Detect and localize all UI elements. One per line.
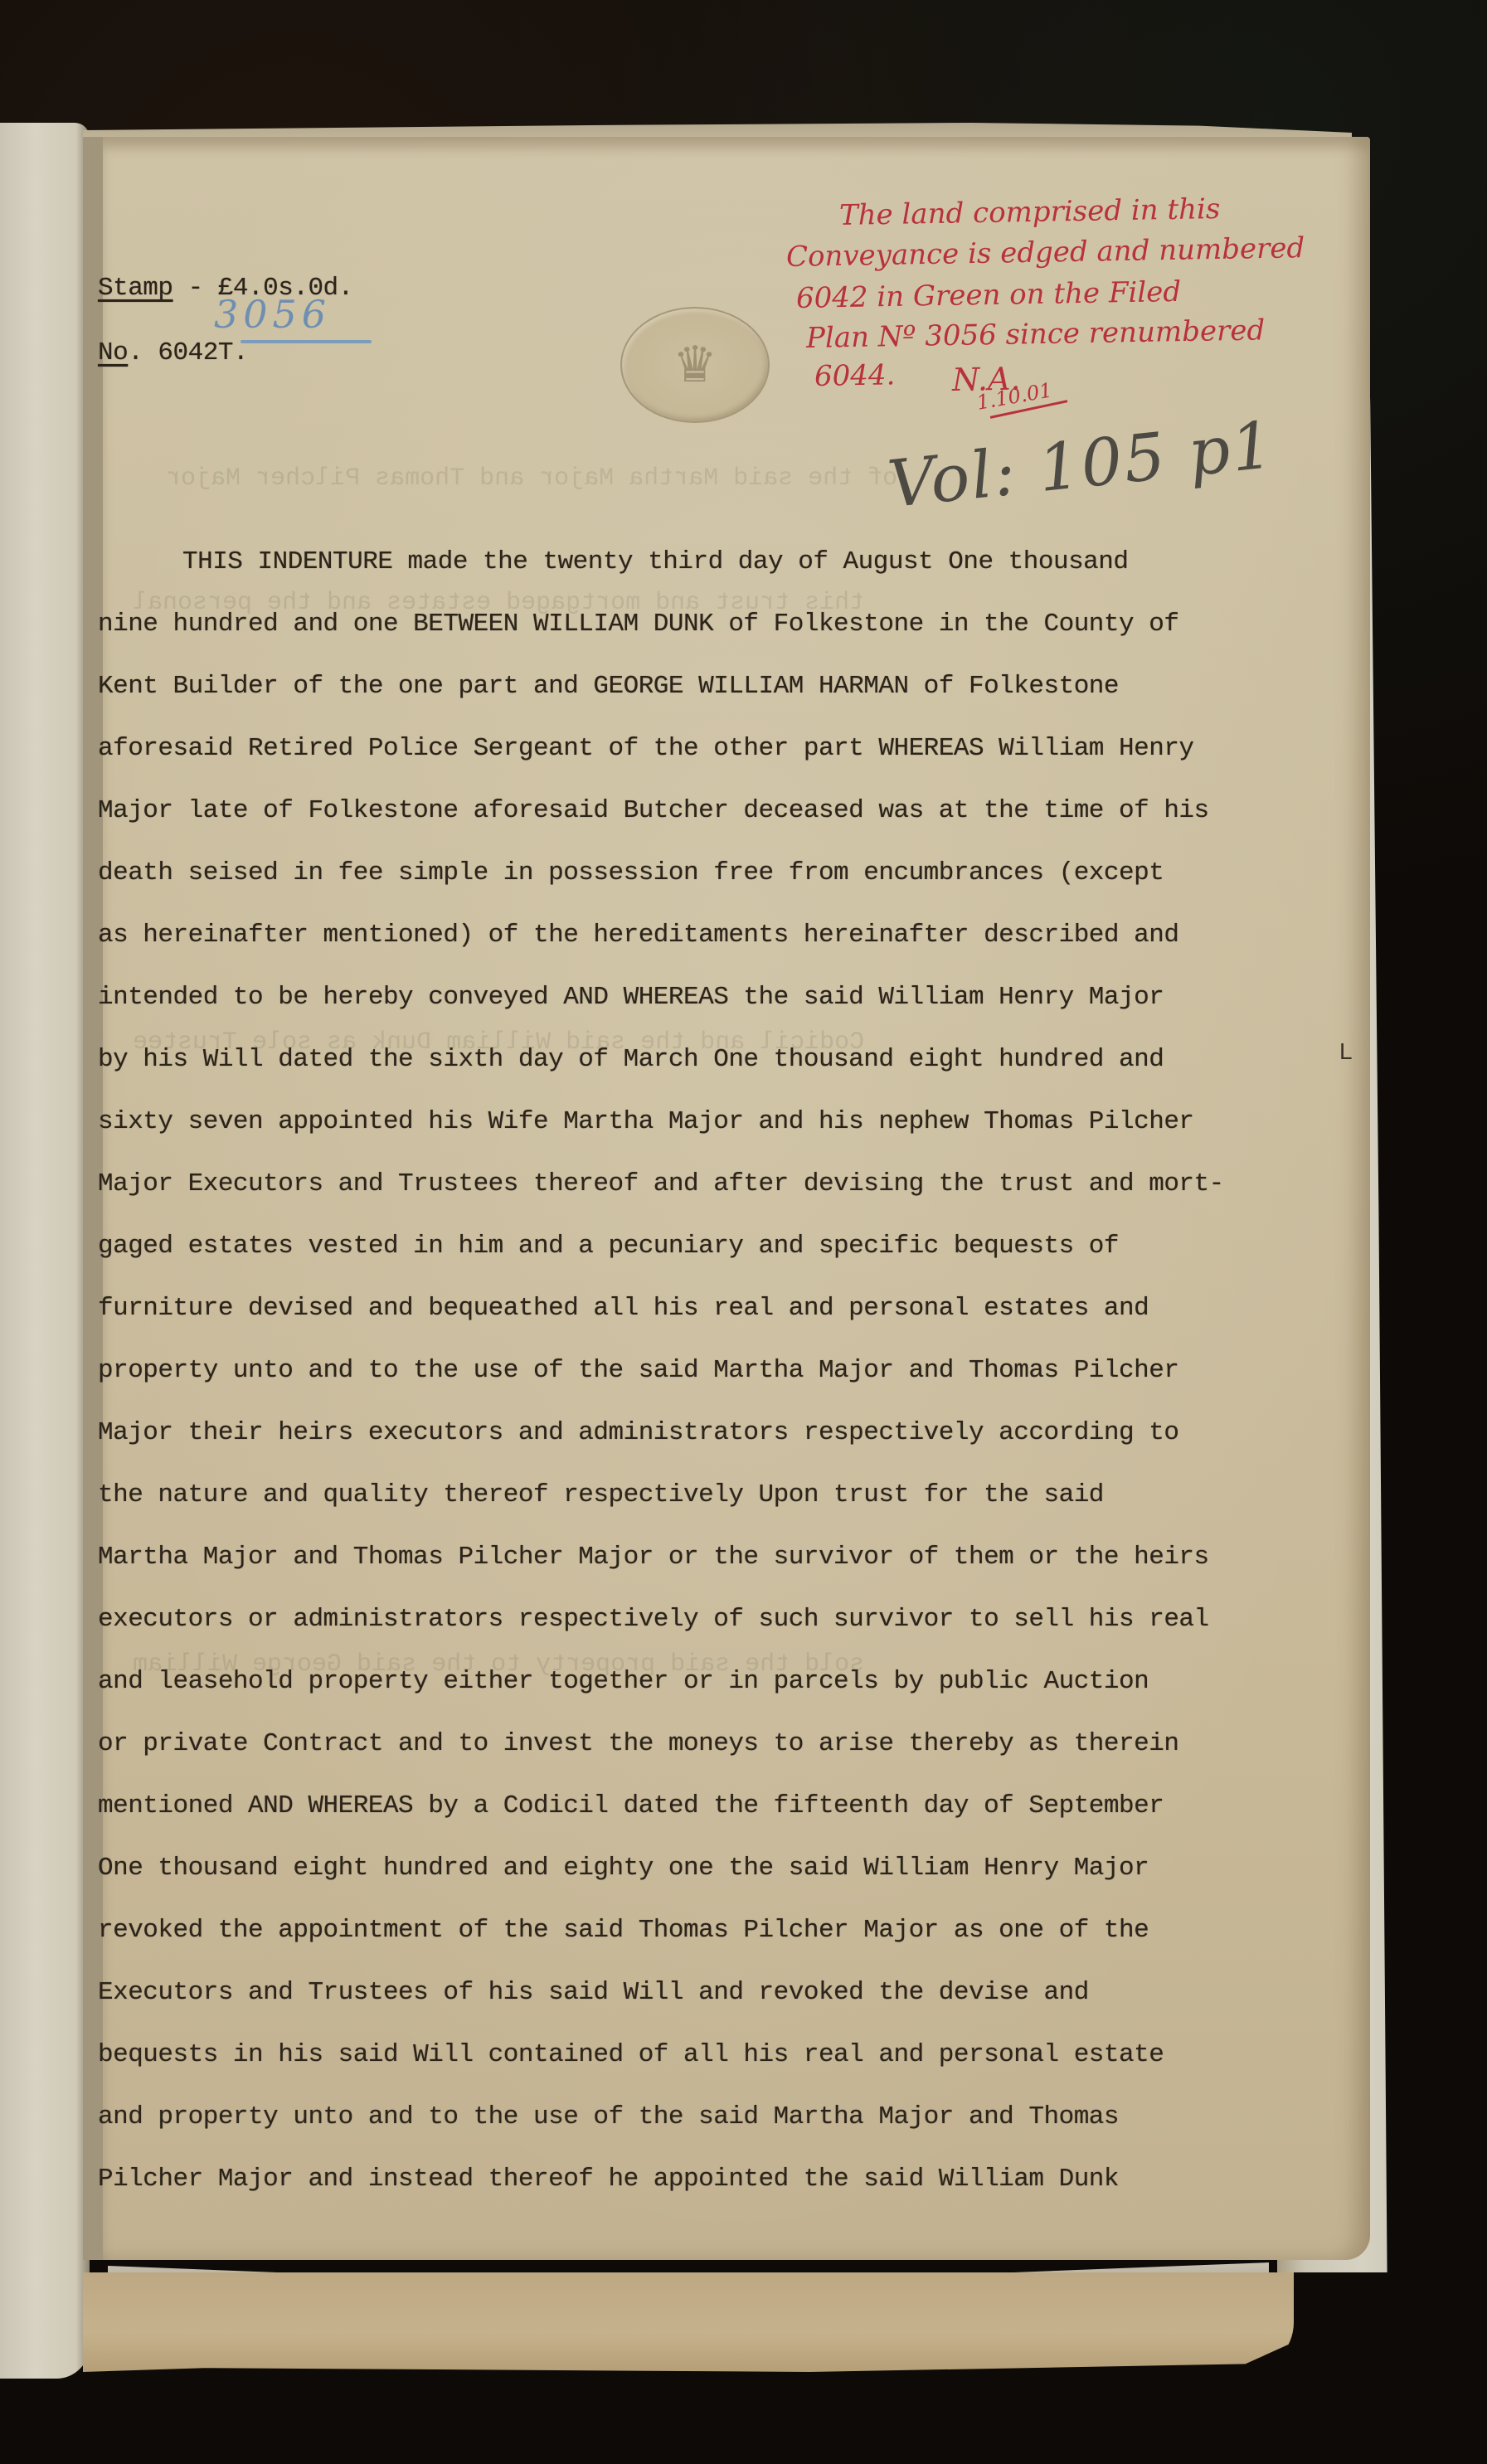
embossed-seal: ♛ xyxy=(620,307,770,423)
number-label: No xyxy=(98,338,128,367)
body-line: executors or administrators respectively… xyxy=(98,1605,1209,1634)
margin-mark: L xyxy=(1339,1038,1353,1065)
body-line: death seised in fee simple in possession… xyxy=(98,858,1164,887)
coat-of-arms-icon: ♛ xyxy=(673,336,717,394)
stamp-label: Stamp xyxy=(98,274,173,303)
red-note-line: 6044. xyxy=(814,358,896,393)
body-line: the nature and quality thereof respectiv… xyxy=(98,1480,1104,1509)
body-line: Major their heirs executors and administ… xyxy=(98,1418,1178,1447)
body-line: revoked the appointment of the said Thom… xyxy=(98,1916,1149,1945)
body-line: property unto and to the use of the said… xyxy=(98,1356,1178,1385)
body-line: intended to be hereby conveyed AND WHERE… xyxy=(98,983,1164,1012)
body-line: Martha Major and Thomas Pilcher Major or… xyxy=(98,1543,1209,1572)
body-line: One thousand eight hundred and eighty on… xyxy=(98,1854,1149,1883)
body-line: sixty seven appointed his Wife Martha Ma… xyxy=(98,1107,1194,1136)
body-line: Kent Builder of the one part and GEORGE … xyxy=(98,672,1119,701)
blue-pencil-underline xyxy=(241,340,372,343)
body-line: Pilcher Major and instead thereof he app… xyxy=(98,2165,1119,2194)
body-line: THIS INDENTURE made the twenty third day… xyxy=(182,547,1129,576)
body-line: Executors and Trustees of his said Will … xyxy=(98,1978,1089,2007)
body-line: and leasehold property either together o… xyxy=(98,1667,1149,1696)
body-line: bequests in his said Will contained of a… xyxy=(98,2040,1164,2069)
bleed-through-text: of the said Martha Major and Thomas Pilc… xyxy=(166,464,897,493)
deed-number-line: No. 6042T. xyxy=(98,338,248,367)
blue-pencil-plan-number: 3056 xyxy=(214,292,331,337)
body-line: mentioned AND WHEREAS by a Codicil dated… xyxy=(98,1791,1164,1820)
body-line: furniture devised and bequeathed all his… xyxy=(98,1294,1149,1323)
red-note-line: The land comprised in this xyxy=(839,192,1221,232)
facing-page-edge xyxy=(0,123,90,2379)
body-line: gaged estates vested in him and a pecuni… xyxy=(98,1232,1119,1261)
page-lower-fold xyxy=(83,2272,1294,2372)
red-note-line: 6042 in Green on the Filed xyxy=(796,275,1182,315)
body-line: Major Executors and Trustees thereof and… xyxy=(98,1169,1224,1198)
body-line: or private Contract and to invest the mo… xyxy=(98,1729,1178,1758)
number-value: . 6042T. xyxy=(128,338,248,367)
body-line: nine hundred and one BETWEEN WILLIAM DUN… xyxy=(98,610,1178,639)
body-line: Major late of Folkestone aforesaid Butch… xyxy=(98,796,1209,825)
body-line: aforesaid Retired Police Sergeant of the… xyxy=(98,734,1194,763)
body-line: by his Will dated the sixth day of March… xyxy=(98,1045,1164,1074)
body-line: as hereinafter mentioned) of the heredit… xyxy=(98,921,1178,950)
body-line: and property unto and to the use of the … xyxy=(98,2102,1119,2131)
